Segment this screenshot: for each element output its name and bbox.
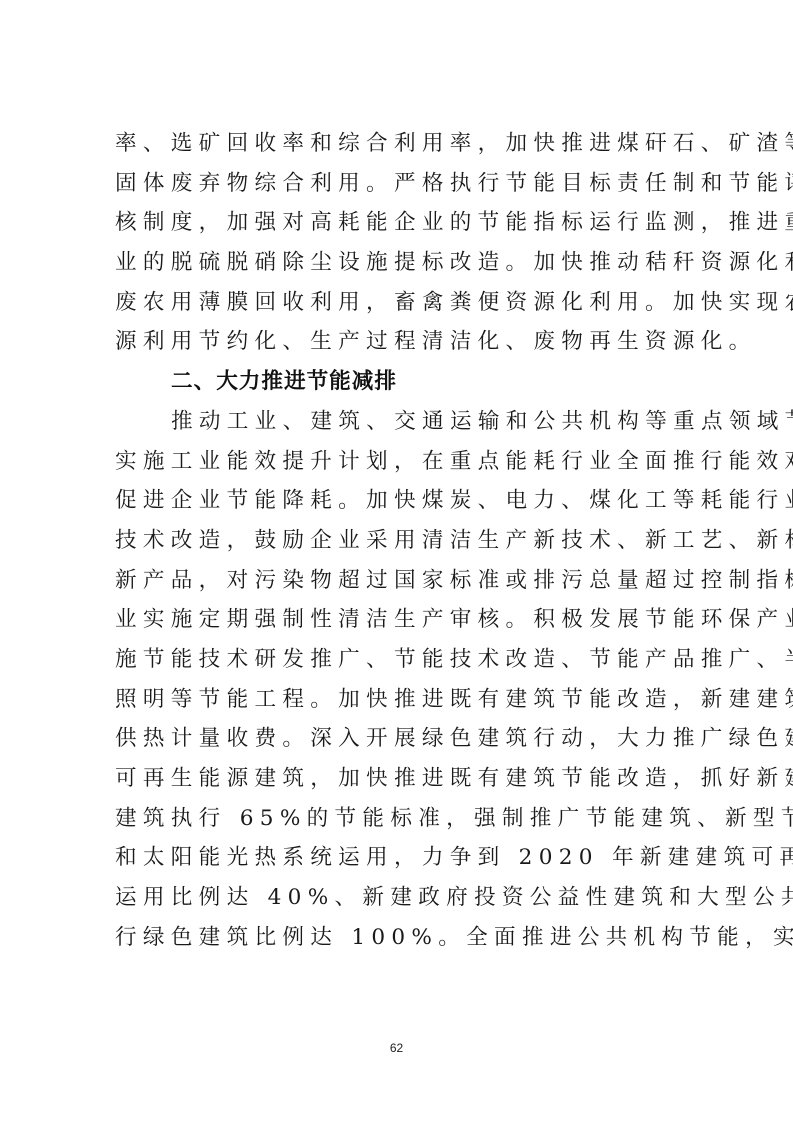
page-number: 62 — [0, 1041, 793, 1055]
document-page: 率、选矿回收率和综合利用率，加快推进煤矸石、矿渣等大宗 固体废弃物综合利用。严格… — [0, 0, 793, 1122]
text-line: 源利用节约化、生产过程清洁化、废物再生资源化。 — [115, 322, 677, 362]
text-line: 实施工业能效提升计划，在重点能耗行业全面推行能效对标， — [115, 442, 677, 482]
text-line: 促进企业节能降耗。加快煤炭、电力、煤化工等耗能行业节能 — [115, 481, 677, 521]
text-line: 业的脱硫脱硝除尘设施提标改造。加快推动秸秆资源化利用， — [115, 243, 677, 283]
text-line: 建筑执行 65%的节能标准，强制推广节能建筑、新型节能材料 — [115, 799, 677, 839]
paragraph-2: 推动工业、建筑、交通运输和公共机构等重点领域节能。 实施工业能效提升计划，在重点… — [115, 402, 677, 958]
text-line: 技术改造，鼓励企业采用清洁生产新技术、新工艺、新材料和 — [115, 521, 677, 561]
text-line: 和太阳能光热系统运用，力争到 2020 年新建建筑可再生能源 — [115, 838, 677, 878]
text-line: 可再生能源建筑，加快推进既有建筑节能改造，抓好新建居住 — [115, 759, 677, 799]
text-line: 行绿色建筑比例达 100%。全面推进公共机构节能，实行公共 — [115, 918, 677, 958]
text-line: 业实施定期强制性清洁生产审核。积极发展节能环保产业，实 — [115, 600, 677, 640]
text-line: 施节能技术研发推广、节能技术改造、节能产品推广、半导体 — [115, 640, 677, 680]
text-line: 运用比例达 40%、新建政府投资公益性建筑和大型公共建筑执 — [115, 878, 677, 918]
text-line: 照明等节能工程。加快推进既有建筑节能改造，新建建筑实行 — [115, 680, 677, 720]
text-line: 废农用薄膜回收利用，畜禽粪便资源化利用。加快实现农业资 — [115, 283, 677, 323]
text-line: 率、选矿回收率和综合利用率，加快推进煤矸石、矿渣等大宗 — [115, 124, 677, 164]
text-line: 核制度，加强对高耗能企业的节能指标运行监测，推进重点企 — [115, 203, 677, 243]
paragraph-1: 率、选矿回收率和综合利用率，加快推进煤矸石、矿渣等大宗 固体废弃物综合利用。严格… — [115, 124, 677, 362]
text-line: 推动工业、建筑、交通运输和公共机构等重点领域节能。 — [115, 402, 677, 442]
text-line: 新产品，对污染物超过国家标准或排污总量超过控制指标的企 — [115, 561, 677, 601]
text-line: 固体废弃物综合利用。严格执行节能目标责任制和节能评价考 — [115, 164, 677, 204]
text-line: 供热计量收费。深入开展绿色建筑行动，大力推广绿色建筑和 — [115, 719, 677, 759]
section-heading: 二、大力推进节能减排 — [115, 362, 677, 402]
page-body: 率、选矿回收率和综合利用率，加快推进煤矸石、矿渣等大宗 固体废弃物综合利用。严格… — [115, 124, 677, 957]
